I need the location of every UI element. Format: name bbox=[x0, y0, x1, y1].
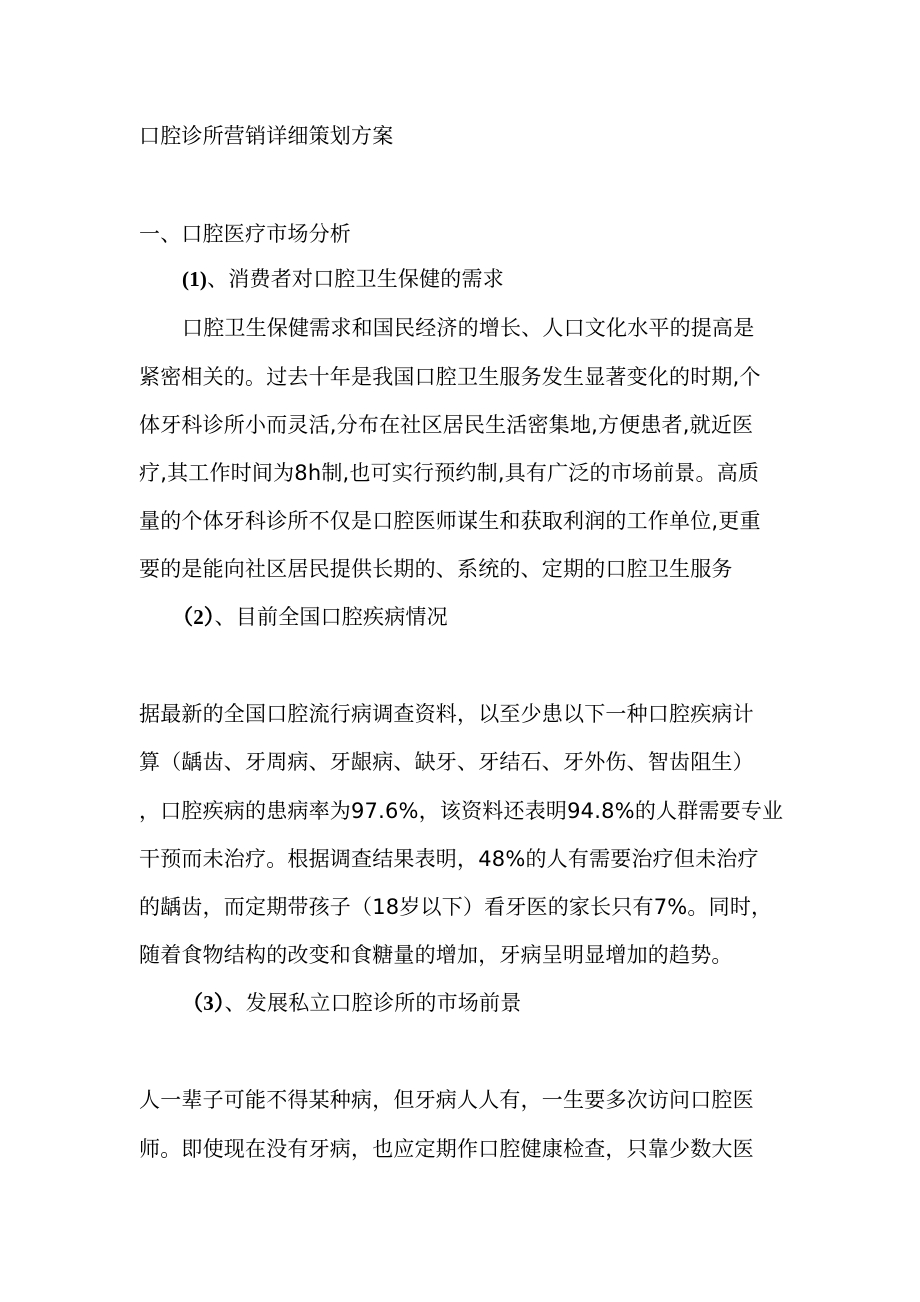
subsection-heading-text: 、目前全国口腔疾病情况 bbox=[215, 605, 448, 629]
paragraph-line: ，口腔疾病的患病率为97.6%，该资料还表明94.8%的人群需要专业 bbox=[139, 797, 783, 825]
subsection-number: （2） bbox=[172, 605, 215, 629]
document-page: 口腔诊所营销详细策划方案 一、口腔医疗市场分析 (1)、消费者对口腔卫生保健的需… bbox=[0, 0, 920, 1302]
paragraph-line: 随着食物结构的改变和食糖量的增加，牙病呈明显增加的趋势。 bbox=[139, 941, 733, 969]
section-heading-market-analysis: 一、口腔医疗市场分析 bbox=[139, 220, 351, 248]
paragraph-line: 紧密相关的。过去十年是我国口腔卫生服务发生显著变化的时期,个 bbox=[139, 363, 761, 391]
subsection-number: （3） bbox=[182, 991, 225, 1015]
subsection-heading-text: 、发展私立口腔诊所的市场前景 bbox=[225, 991, 522, 1015]
document-title: 口腔诊所营销详细策划方案 bbox=[139, 122, 393, 150]
paragraph-line: 人一辈子可能不得某种病，但牙病人人有，一生要多次访问口腔医 bbox=[139, 1086, 754, 1114]
paragraph-line: 量的个体牙科诊所不仅是口腔医师谋生和获取利润的工作单位,更重 bbox=[139, 507, 761, 535]
paragraph-line: 体牙科诊所小而灵活,分布在社区居民生活密集地,方便患者,就近医 bbox=[139, 411, 753, 439]
paragraph-line: 疗,其工作时间为8h制,也可实行预约制,具有广泛的市场前景。高质 bbox=[139, 459, 759, 487]
subsection-heading-3: （3）、发展私立口腔诊所的市场前景 bbox=[182, 989, 521, 1017]
subsection-number: (1) bbox=[182, 267, 207, 291]
paragraph-line: 的龋齿，而定期带孩子（18岁以下）看牙医的家长只有7%。同时， bbox=[139, 893, 772, 921]
paragraph-line: 算（龋齿、牙周病、牙龈病、缺牙、牙结石、牙外伤、智齿阻生） bbox=[139, 748, 754, 776]
paragraph-line: 干预而未治疗。根据调查结果表明，48%的人有需要治疗但未治疗 bbox=[139, 845, 759, 873]
paragraph-line: 据最新的全国口腔流行病调查资料，以至少患以下一种口腔疾病计 bbox=[139, 700, 754, 728]
subsection-heading-1: (1)、消费者对口腔卫生保健的需求 bbox=[182, 265, 504, 293]
paragraph-line: 师。即使现在没有牙病，也应定期作口腔健康检查，只靠少数大医 bbox=[139, 1135, 754, 1163]
subsection-heading-text: 、消费者对口腔卫生保健的需求 bbox=[207, 267, 504, 291]
paragraph-line: 口腔卫生保健需求和国民经济的增长、人口文化水平的提高是 bbox=[182, 314, 754, 342]
subsection-heading-2: （2）、目前全国口腔疾病情况 bbox=[172, 603, 448, 631]
paragraph-line: 要的是能向社区居民提供长期的、系统的、定期的口腔卫生服务 bbox=[139, 555, 733, 583]
